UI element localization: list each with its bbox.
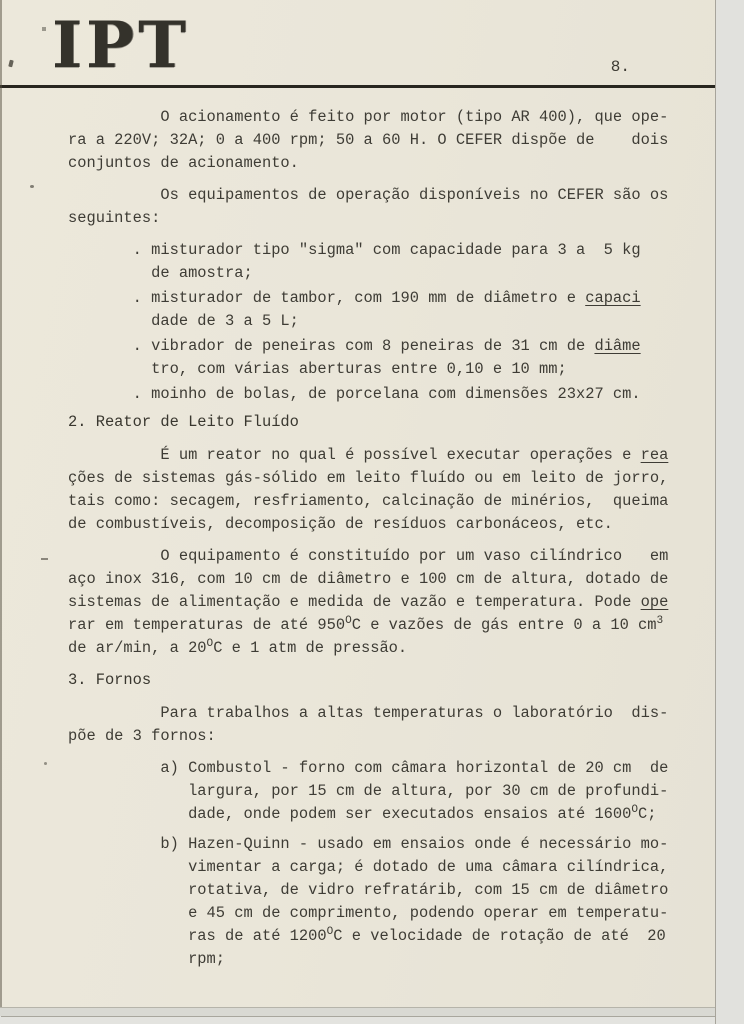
item-vibrador-peneiras: . vibrador de peneiras com 8 peneiras de… xyxy=(68,335,716,381)
text-line: sistemas de alimentação e medida de vazã… xyxy=(68,591,716,614)
heading-fornos: 3. Fornos xyxy=(68,669,716,692)
text-line: aço inox 316, com 10 cm de diâmetro e 10… xyxy=(68,568,716,591)
text-line: rpm; xyxy=(68,948,716,971)
text-line: Para trabalhos a altas temperaturas o la… xyxy=(68,702,716,725)
text-line: e 45 cm de comprimento, podendo operar e… xyxy=(68,902,716,925)
text-line: rotativa, de vidro refratárib, com 15 cm… xyxy=(68,879,716,902)
para-fornos-intro: Para trabalhos a altas temperaturas o la… xyxy=(68,702,716,748)
item-b-hazen-quinn: b) Hazen-Quinn - usado em ensaios onde é… xyxy=(68,833,716,971)
text-line: 3. Fornos xyxy=(68,669,716,692)
ink-speck xyxy=(41,558,48,560)
text-line: dade de 3 a 5 L; xyxy=(68,310,716,333)
ipt-logo: IPT xyxy=(52,14,190,78)
para-acionamento: O acionamento é feito por motor (tipo AR… xyxy=(68,106,716,175)
ink-speck xyxy=(30,185,34,188)
text-line: O equipamento é constituído por um vaso … xyxy=(68,545,716,568)
para-equipamentos-intro: Os equipamentos de operação disponíveis … xyxy=(68,184,716,230)
para-reator-equipamento: O equipamento é constituído por um vaso … xyxy=(68,545,716,660)
text-line: O acionamento é feito por motor (tipo AR… xyxy=(68,106,716,129)
text-line: ras de até 1200OC e velocidade de rotaçã… xyxy=(68,925,716,948)
para-reator-descricao: É um reator no qual é possível executar … xyxy=(68,444,716,536)
item-a-combustol: a) Combustol - forno com câmara horizont… xyxy=(68,757,716,826)
text-line: rar em temperaturas de até 950OC e vazõe… xyxy=(68,614,716,637)
document-body: O acionamento é feito por motor (tipo AR… xyxy=(68,106,716,978)
text-line: b) Hazen-Quinn - usado em ensaios onde é… xyxy=(68,833,716,856)
text-line: Os equipamentos de operação disponíveis … xyxy=(68,184,716,207)
text-line: ções de sistemas gás-sólido em leito flu… xyxy=(68,467,716,490)
text-line: vimentar a carga; é dotado de uma câmara… xyxy=(68,856,716,879)
page-number: 8. xyxy=(611,58,630,76)
text-line: dade, onde podem ser executados ensaios … xyxy=(68,803,716,826)
scan-edge-bottom xyxy=(0,1007,716,1016)
scan-edge-left xyxy=(0,0,2,1016)
item-moinho-bolas: . moinho de bolas, de porcelana com dime… xyxy=(68,383,716,406)
text-line: ra a 220V; 32A; 0 a 400 rpm; 50 a 60 H. … xyxy=(68,129,716,152)
text-line: largura, por 15 cm de altura, por 30 cm … xyxy=(68,780,716,803)
header-divider-rule xyxy=(0,85,716,88)
scanned-document-page: { "header": { "logo_text": "IPT", "page_… xyxy=(0,0,744,1024)
text-line: a) Combustol - forno com câmara horizont… xyxy=(68,757,716,780)
text-line: põe de 3 fornos: xyxy=(68,725,716,748)
text-line: seguintes: xyxy=(68,207,716,230)
text-line: de ar/min, a 20OC e 1 atm de pressão. xyxy=(68,637,716,660)
text-line: É um reator no qual é possível executar … xyxy=(68,444,716,467)
ink-speck xyxy=(42,27,46,31)
text-line: de combustíveis, decomposição de resíduo… xyxy=(68,513,716,536)
ink-speck xyxy=(8,60,14,68)
text-line: 2. Reator de Leito Fluído xyxy=(68,411,716,434)
ink-speck xyxy=(44,762,47,765)
scan-backdrop-right xyxy=(715,0,744,1024)
text-line: . vibrador de peneiras com 8 peneiras de… xyxy=(68,335,716,358)
heading-reator-leito-fluido: 2. Reator de Leito Fluído xyxy=(68,411,716,434)
text-line: . misturador tipo "sigma" com capacidade… xyxy=(68,239,716,262)
text-line: tais como: secagem, resfriamento, calcin… xyxy=(68,490,716,513)
text-line: de amostra; xyxy=(68,262,716,285)
paper-sheet: IPT 8. O acionamento é feito por motor (… xyxy=(0,0,716,1016)
item-misturador-tambor: . misturador de tambor, com 190 mm de di… xyxy=(68,287,716,333)
text-line: . misturador de tambor, com 190 mm de di… xyxy=(68,287,716,310)
item-misturador-sigma: . misturador tipo "sigma" com capacidade… xyxy=(68,239,716,285)
text-line: . moinho de bolas, de porcelana com dime… xyxy=(68,383,716,406)
text-line: tro, com várias aberturas entre 0,10 e 1… xyxy=(68,358,716,381)
text-line: conjuntos de acionamento. xyxy=(68,152,716,175)
